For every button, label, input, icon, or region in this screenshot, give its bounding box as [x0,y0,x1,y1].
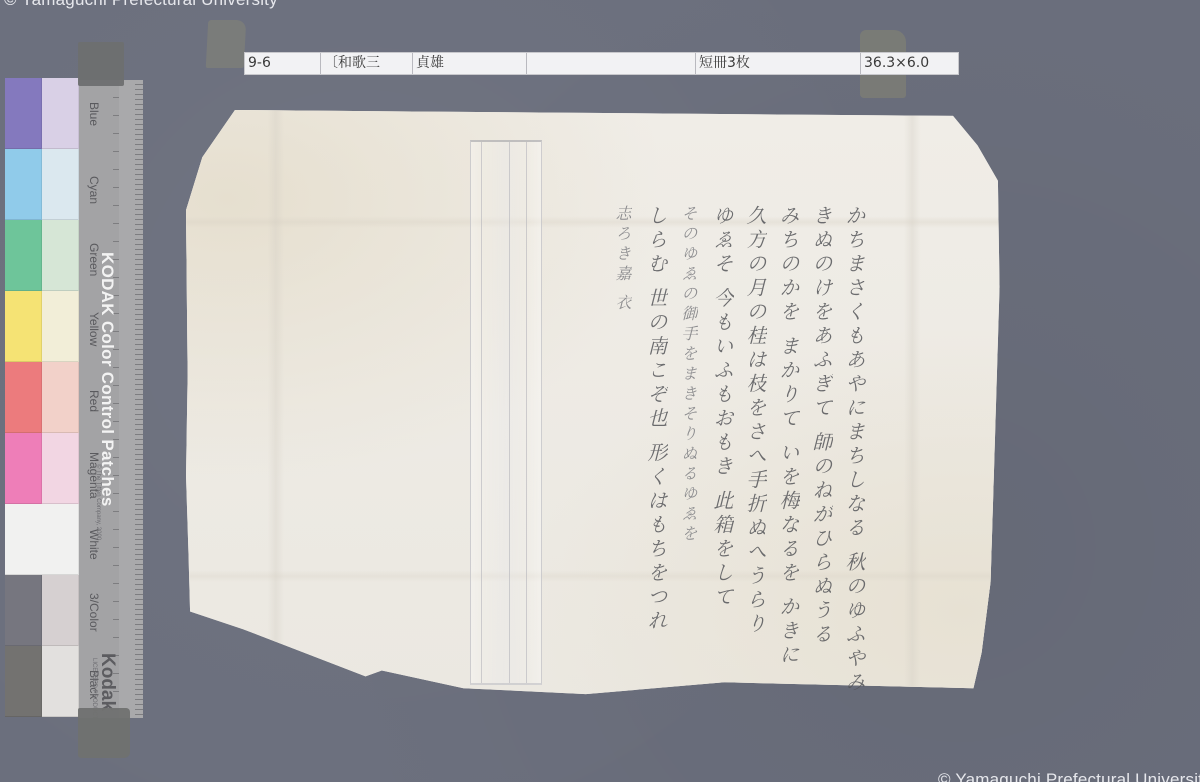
label-author: 貞雄 [413,53,527,74]
text-column: しらむ 世の南こぞ也 形くはもちをつれ [639,205,672,655]
watermark-top: © Yamaguchi Prefectural University [4,0,278,10]
patch-blue [5,78,79,149]
tape-piece [78,708,130,758]
text-column: みちのかを まかりて いを梅なるを かきに [771,205,804,655]
patch-magenta [5,433,79,504]
patch-yellow [5,291,79,362]
label-id: 9-6 [245,53,321,74]
watermark-bottom: © Yamaguchi Prefectural University [938,770,1200,782]
text-column: かちまさくもあやにまちしなる 秋のゆふやみ [837,205,870,655]
patch-red [5,362,79,433]
inch-scale [119,80,143,718]
handwritten-text: かちまさくもあやにまちしなる 秋のゆふやみ きぬのけをあふぎて 師のねがひらぬう… [580,205,870,655]
chart-copyright: © The Tiffen Company, 2000 [95,464,101,540]
label-empty [527,53,696,74]
patch-black [5,646,79,717]
text-column: きぬのけをあふぎて 師のねがひらぬうる [804,205,837,655]
text-column: 久方の月の桂は枝をさへ手折ぬへうらり [738,205,771,655]
catalog-label: 9-6 〔和歌三 貞雄 短冊3枚 36.3×6.0 [244,52,959,75]
patch-white [5,504,79,575]
patch-label-cyan: Cyan [87,176,101,204]
patch-green [5,220,79,291]
label-format: 短冊3枚 [696,53,861,74]
text-column: そのゆゑの御手をまきそりぬるゆゑを [672,205,705,655]
color-control-patches [5,78,79,718]
text-column: 志ろき嘉 衣 [606,205,639,655]
patch-label-blue: Blue [87,102,101,126]
kodak-ruler: Blue Cyan Green Yellow Red Magenta White… [79,80,143,718]
tape-piece [206,20,247,68]
label-dimensions: 36.3×6.0 [861,53,958,74]
patch-3color [5,575,79,646]
label-category: 〔和歌三 [321,53,413,74]
glass-weight [470,140,542,685]
patch-label-3color: 3/Color [87,593,101,632]
patch-cyan [5,149,79,220]
tape-piece [78,42,124,86]
kodak-logo: Kodak [96,653,118,711]
text-column: ゆゑそ 今もいふもおもき 此箱をして [705,205,738,655]
